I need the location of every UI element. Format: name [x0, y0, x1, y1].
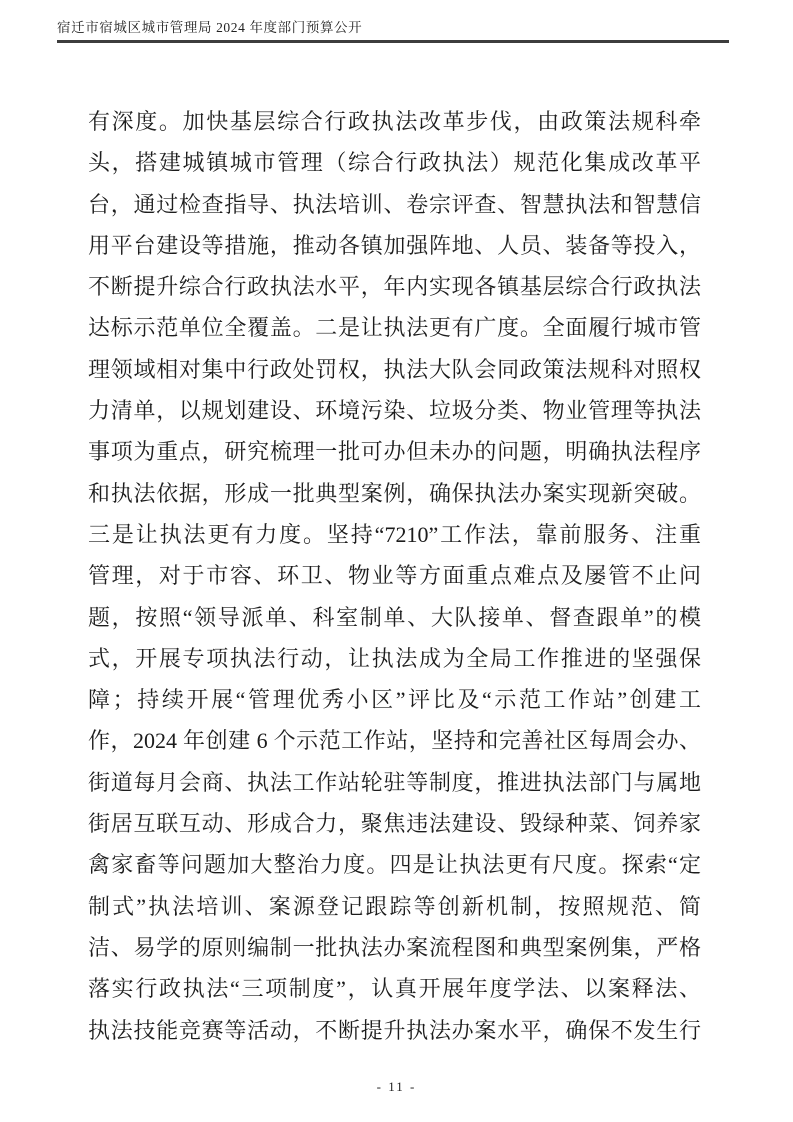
body-line: 管理，对于市容、环卫、物业等方面重点难点及屡管不止问 — [88, 555, 701, 596]
body-line: 街道每月会商、执法工作站轮驻等制度，推进执法部门与属地 — [88, 762, 701, 803]
body-line: 障；持续开展“管理优秀小区”评比及“示范工作站”创建工 — [88, 679, 701, 720]
body-line: 事项为重点，研究梳理一批可办但未办的问题，明确执法程序 — [88, 431, 701, 472]
body-line: 用平台建设等措施，推动各镇加强阵地、人员、装备等投入， — [88, 225, 701, 266]
document-page: 宿迁市宿城区城市管理局 2024 年度部门预算公开 有深度。加快基层综合行政执法… — [0, 0, 793, 1122]
body-line: 不断提升综合行政执法水平，年内实现各镇基层综合行政执法 — [88, 266, 701, 307]
body-line: 制式”执法培训、案源登记跟踪等创新机制，按照规范、简 — [88, 886, 701, 927]
page-number: - 11 - — [377, 1079, 417, 1094]
body-line: 力清单，以规划建设、环境污染、垃圾分类、物业管理等执法 — [88, 390, 701, 431]
header-title: 宿迁市宿城区城市管理局 2024 年度部门预算公开 — [57, 16, 362, 36]
body-line: 落实行政执法“三项制度”，认真开展年度学法、以案释法、 — [88, 968, 701, 1009]
page-footer: - 11 - — [0, 1078, 793, 1096]
body-line: 式，开展专项执法行动，让执法成为全局工作推进的坚强保 — [88, 638, 701, 679]
body-line: 头，搭建城镇城市管理（综合行政执法）规范化集成改革平 — [88, 142, 701, 183]
body-line: 理领域相对集中行政处罚权，执法大队会同政策法规科对照权 — [88, 349, 701, 390]
body-text: 有深度。加快基层综合行政执法改革步伐，由政策法规科牵 头，搭建城镇城市管理（综合… — [88, 101, 701, 1051]
body-line: 有深度。加快基层综合行政执法改革步伐，由政策法规科牵 — [88, 101, 701, 142]
body-line: 达标示范单位全覆盖。二是让执法更有广度。全面履行城市管 — [88, 307, 701, 348]
body-line: 三是让执法更有力度。坚持“7210”工作法，靠前服务、注重 — [88, 514, 701, 555]
body-line: 题，按照“领导派单、科室制单、大队接单、督查跟单”的模 — [88, 597, 701, 638]
body-line: 街居互联互动、形成合力，聚焦违法建设、毁绿种菜、饲养家 — [88, 803, 701, 844]
header-rule — [57, 40, 729, 43]
body-line: 作，2024 年创建 6 个示范工作站，坚持和完善社区每周会办、 — [88, 720, 701, 761]
body-line: 洁、易学的原则编制一批执法办案流程图和典型案例集，严格 — [88, 927, 701, 968]
body-line: 和执法依据，形成一批典型案例，确保执法办案实现新突破。 — [88, 473, 701, 514]
body-line: 执法技能竞赛等活动，不断提升执法办案水平，确保不发生行 — [88, 1010, 701, 1051]
body-line: 禽家畜等问题加大整治力度。四是让执法更有尺度。探索“定 — [88, 844, 701, 885]
body-line: 台，通过检查指导、执法培训、卷宗评查、智慧执法和智慧信 — [88, 184, 701, 225]
